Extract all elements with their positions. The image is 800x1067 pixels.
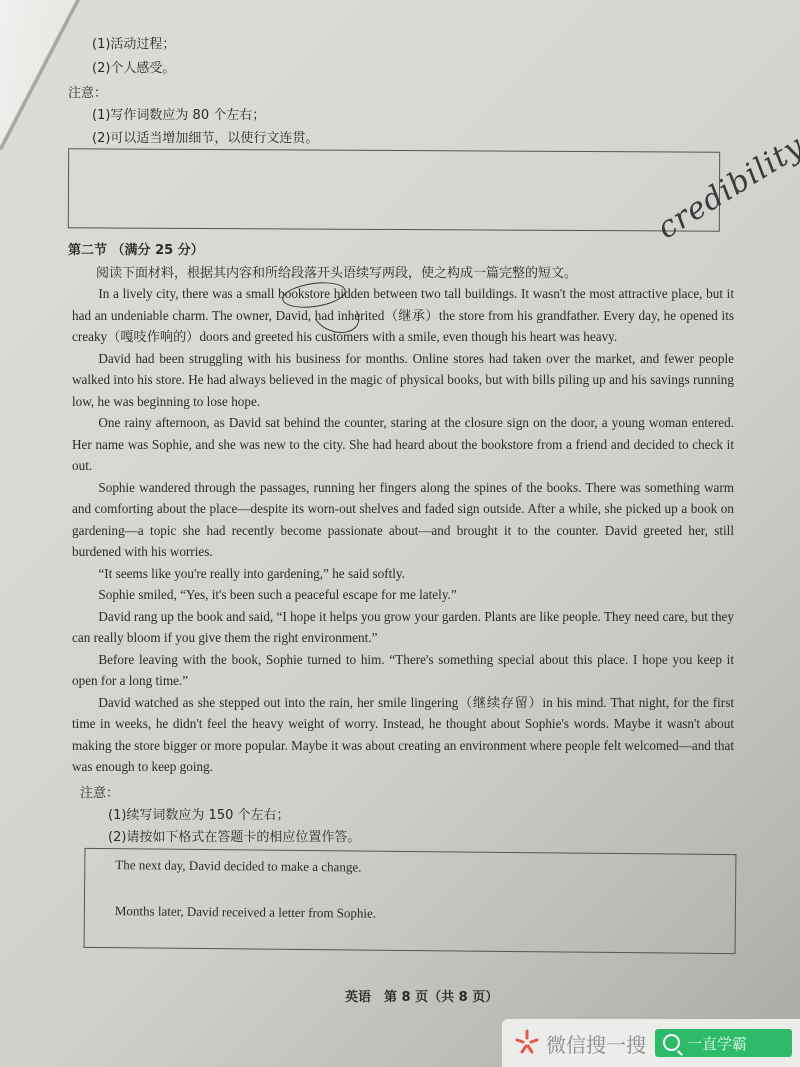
note1-item-1: (1)写作词数应为 80 个左右； bbox=[92, 104, 265, 123]
top-item-1: (1)活动过程； bbox=[92, 33, 175, 52]
page-footer: 英语 第 8 页（共 8 页） bbox=[345, 986, 498, 1005]
note2-label: 注意： bbox=[80, 782, 119, 801]
story-paragraph-9: David watched as she stepped out into th… bbox=[72, 692, 734, 778]
note2-item-1: (1)续写词数应为 150 个左右； bbox=[108, 804, 290, 823]
story-paragraph-8: Before leaving with the book, Sophie tur… bbox=[72, 649, 734, 692]
section2-instruction: 阅读下面材料，根据其内容和所给段落开头语续写两段，使之构成一篇完整的短文。 bbox=[96, 262, 577, 281]
section2-heading: 第二节 （满分 25 分） bbox=[68, 239, 204, 258]
answer-format-box: The next day, David decided to make a ch… bbox=[84, 848, 737, 954]
story-paragraph-4: Sophie wandered through the passages, ru… bbox=[72, 477, 734, 563]
section2-score: （满分 25 分） bbox=[112, 243, 204, 258]
story-paragraph-7: David rang up the book and said, “I hope… bbox=[72, 606, 734, 649]
wechat-search-logo-icon bbox=[514, 1029, 540, 1055]
writing-box-section1 bbox=[68, 148, 720, 231]
wechat-search-button[interactable]: 一直学霸 bbox=[655, 1029, 792, 1057]
exam-page: (1)活动过程； (2)个人感受。 注意： (1)写作词数应为 80 个左右； … bbox=[0, 0, 800, 1067]
wechat-search-bar[interactable]: 微信搜一搜 一直学霸 bbox=[502, 1019, 800, 1067]
top-item-2: (2)个人感受。 bbox=[92, 57, 175, 76]
note1-item-2: (2)可以适当增加细节，以使行文连贯。 bbox=[92, 127, 318, 146]
section2-title: 第二节 bbox=[68, 243, 107, 258]
story-paragraph-3: One rainy afternoon, as David sat behind… bbox=[72, 412, 734, 477]
wechat-search-text: 微信搜一搜 bbox=[546, 1029, 646, 1058]
search-icon bbox=[663, 1034, 680, 1051]
story-paragraph-6: Sophie smiled, “Yes, it's been such a pe… bbox=[72, 584, 734, 606]
story-paragraph-1: In a lively city, there was a small book… bbox=[72, 283, 734, 348]
note2-item-2: (2)请按如下格式在答题卡的相应位置作答。 bbox=[108, 826, 360, 845]
paragraph-opener-2: Months later, David received a letter fr… bbox=[115, 903, 376, 922]
search-button-label: 一直学霸 bbox=[687, 1033, 747, 1054]
story-text: In a lively city, there was a small book… bbox=[72, 283, 734, 778]
story-paragraph-2: David had been struggling with his busin… bbox=[72, 348, 734, 413]
paragraph-opener-1: The next day, David decided to make a ch… bbox=[115, 857, 361, 875]
story-paragraph-5: “It seems like you're really into garden… bbox=[72, 563, 734, 585]
note1-label: 注意： bbox=[68, 82, 107, 101]
